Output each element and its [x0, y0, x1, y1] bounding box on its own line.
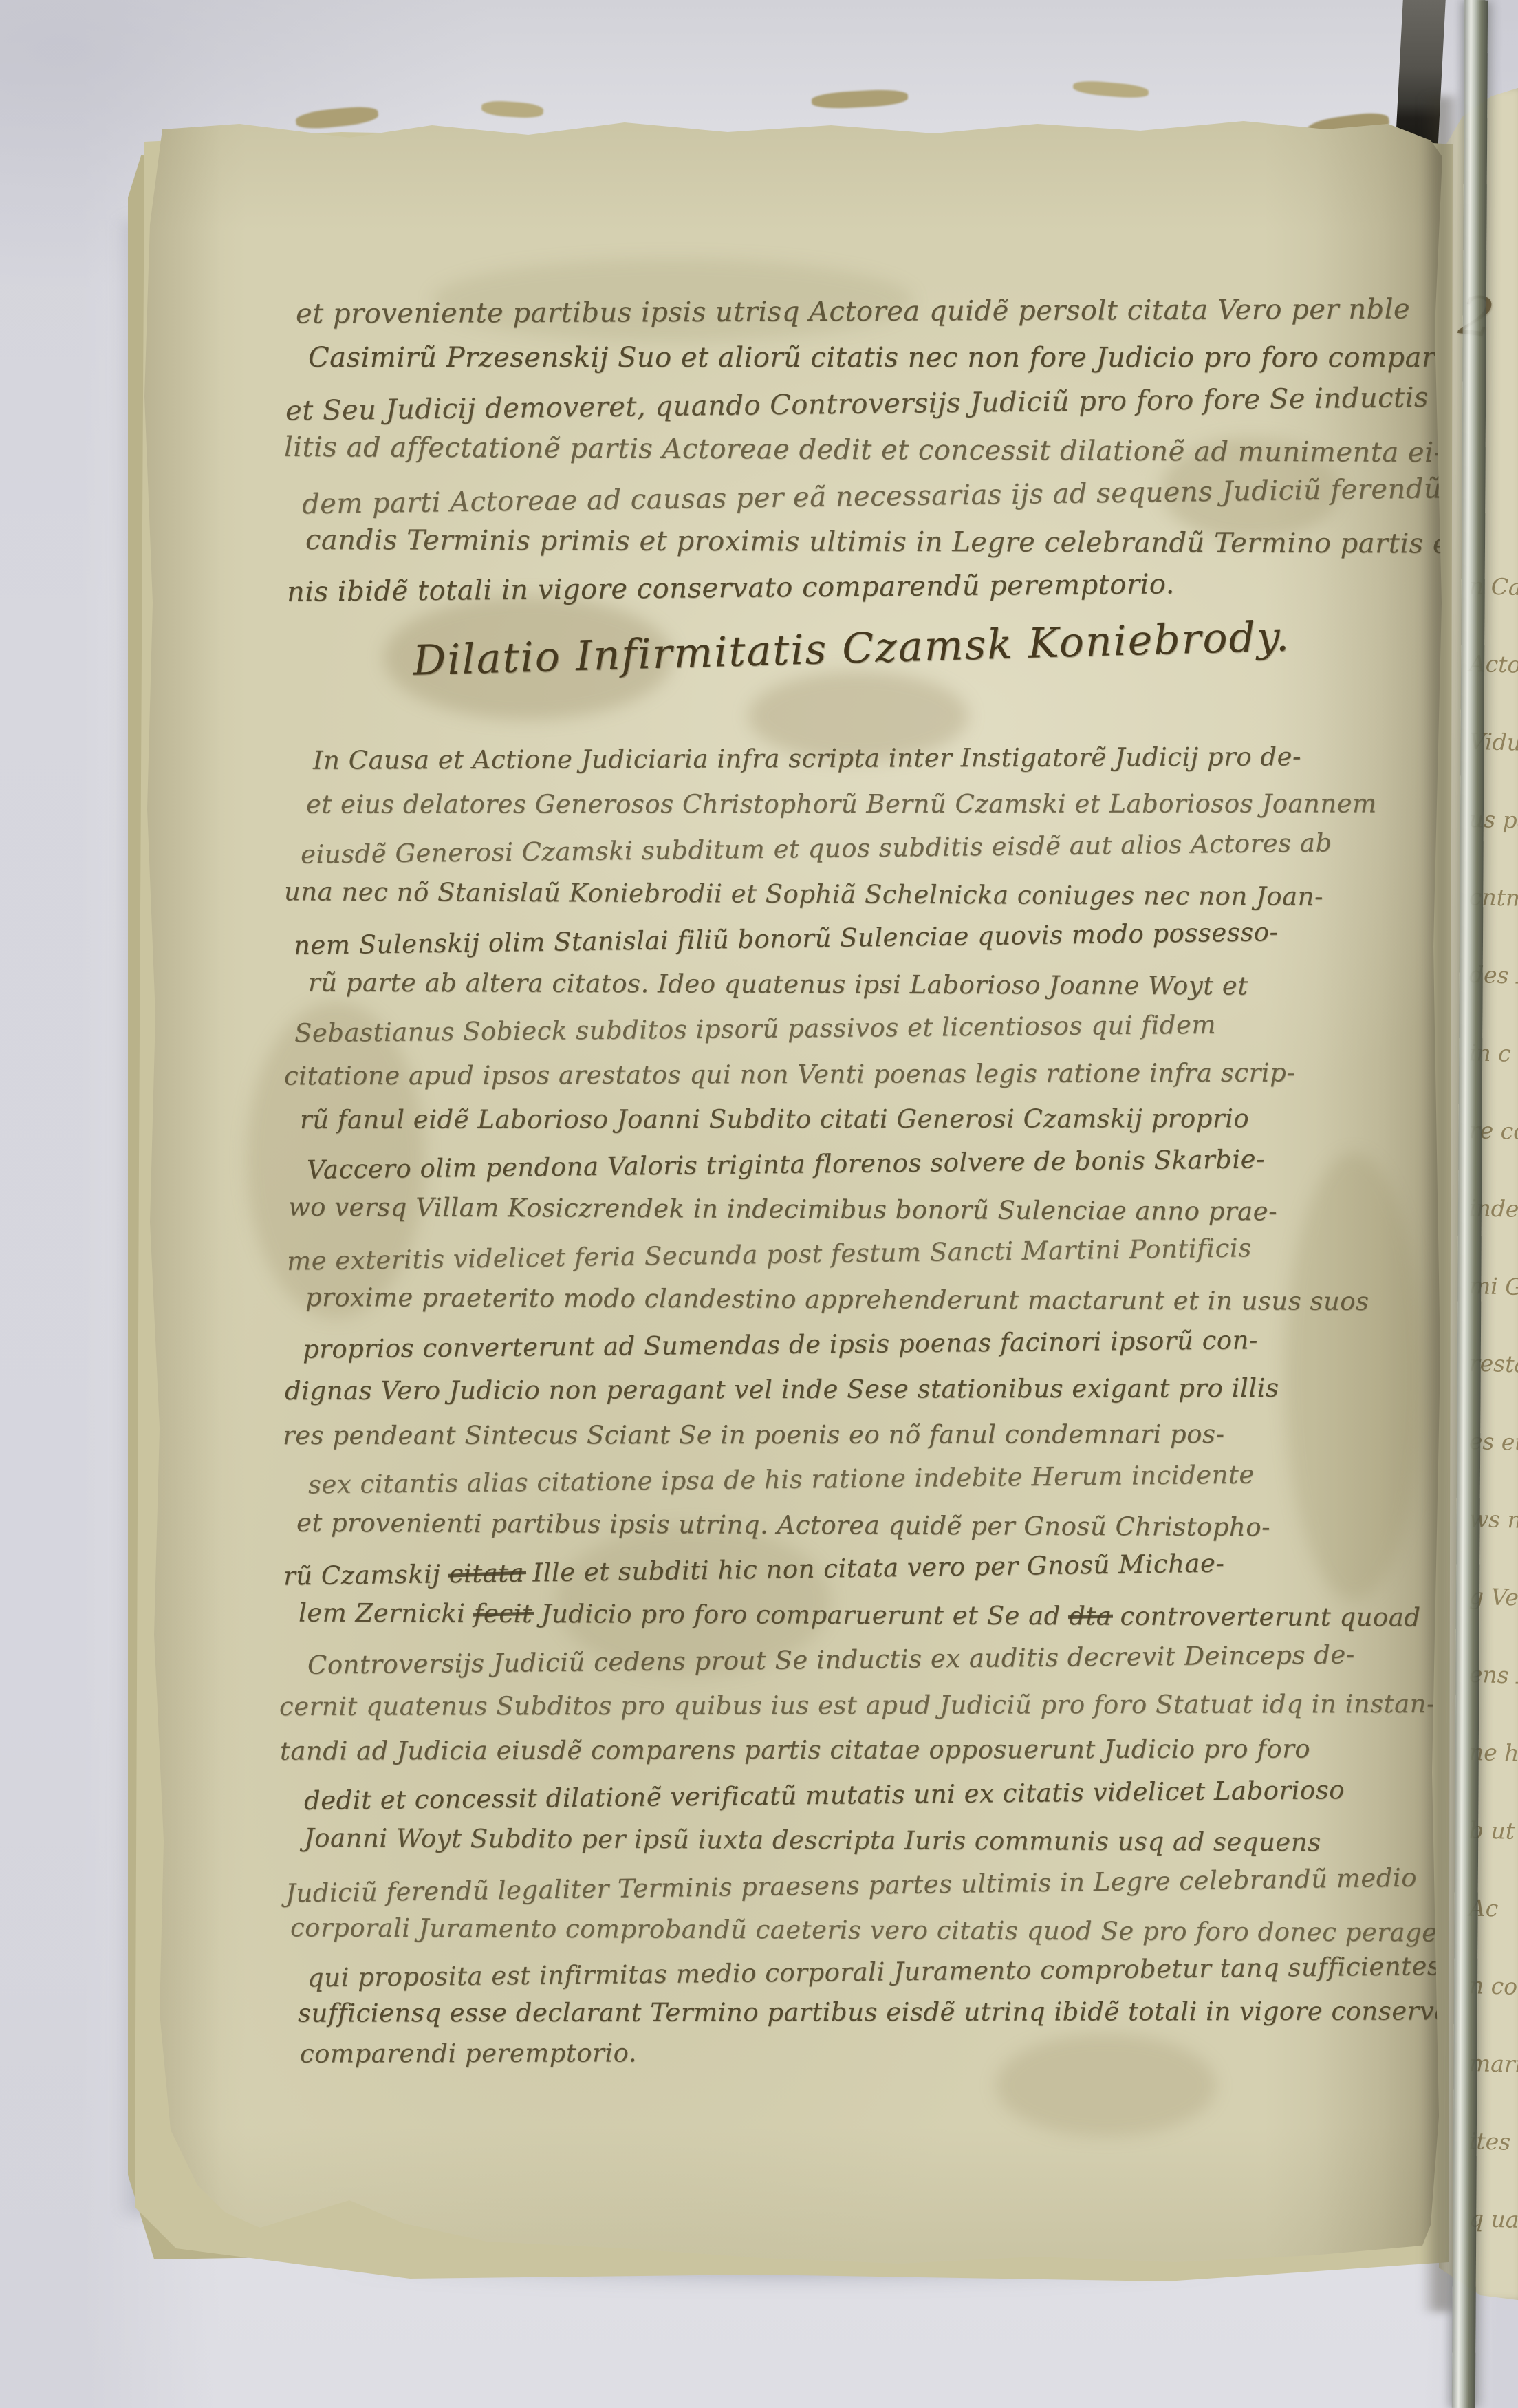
manuscript-line: Controversijs Judiciũ cedens prout Se in…	[307, 1640, 1355, 1679]
manuscript-line: nis ibidẽ totali in vigore conservato co…	[287, 568, 1175, 608]
manuscript-line: citatione apud ipsos arestatos qui non V…	[284, 1057, 1295, 1090]
manuscript-line: dignas Vero Judicio non peragant vel ind…	[285, 1373, 1279, 1406]
manuscript-line: rũ fanul eidẽ Laborioso Joanni Subdito c…	[300, 1104, 1249, 1135]
paper-stain	[1285, 1153, 1422, 1600]
manuscript-line: et provenienti partibus ipsis utrinq. Ac…	[296, 1507, 1270, 1541]
manuscript-line: cernit quatenus Subditos pro quibus ius …	[279, 1688, 1435, 1721]
manuscript-line: Vaccero olim pendona Valoris triginta fl…	[307, 1144, 1265, 1185]
manuscript-line: lem Zernicki fecit Judicio pro foro comp…	[299, 1598, 1421, 1632]
manuscript-photo: 2 n CaActorViduaus pacntmdes Lin cre cci…	[0, 0, 1518, 2408]
manuscript-line: corporali Juramento comprobandũ caeteris…	[290, 1913, 1463, 1947]
manuscript-line: et Seu Judicij demoveret, quando Controv…	[285, 381, 1500, 427]
manuscript-line: Sebastianus Sobieck subditos ipsorũ pass…	[294, 1010, 1216, 1048]
manuscript-line: In Causa et Actione Judiciaria infra scr…	[313, 742, 1301, 775]
struck-word: dta	[1069, 1601, 1112, 1631]
manuscript-line: me exteritis videlicet feria Secunda pos…	[287, 1233, 1252, 1276]
manuscript-line: sufficiensq esse declarant Termino parti…	[298, 1996, 1476, 2028]
manuscript-line: et proveniente partibus ipsis utrisq Act…	[296, 293, 1410, 330]
manuscript-line: dedit et concessit dilationẽ verificatũ …	[304, 1775, 1345, 1816]
manuscript-line: comparendi peremptorio.	[300, 2038, 637, 2068]
manuscript-line: dem parti Actoreae ad causas per eã nece…	[302, 472, 1518, 520]
manuscript-line: proprios converterunt ad Sumendas de ips…	[303, 1325, 1258, 1364]
manuscript-line: sex citantis alias citatione ipsa de his…	[308, 1460, 1255, 1500]
paper-stain	[996, 2034, 1216, 2137]
manuscript-line: Joanni Woyt Subdito per ipsũ iuxta descr…	[304, 1823, 1321, 1857]
manuscript-line: res pendeant Sintecus Sciant Se in poeni…	[283, 1419, 1225, 1450]
manuscript-page: Dilatio Infirmitatis Czamsk Koniebrody. …	[143, 121, 1446, 2271]
manuscript-line: qui proposita est infirmitas medio corpo…	[307, 1950, 1518, 1992]
manuscript-line: Casimirũ Przesenskij Suo et aliorũ citat…	[308, 342, 1466, 374]
gutter-shadow	[1421, 96, 1457, 2312]
manuscript-line: nem Sulenskij olim Stanislai filiũ bonor…	[294, 917, 1279, 960]
manuscript-line: rũ parte ab altera citatos. Ideo quatenu…	[308, 967, 1248, 1000]
manuscript-line: proxime praeterito modo clandestino appr…	[305, 1282, 1369, 1316]
struck-word: fecit	[474, 1598, 533, 1628]
manuscript-line: tandi ad Judicia eiusdẽ comparens partis…	[280, 1734, 1310, 1765]
manuscript-line: una nec nõ Stanislaũ Koniebrodii et Soph…	[284, 877, 1323, 911]
manuscript-line: candis Terminis primis et proximis ultim…	[305, 524, 1518, 560]
manuscript-line: et eius delatores Generosos Christophorũ…	[306, 788, 1377, 819]
manuscript-line: litis ad affectationẽ partis Actoreae de…	[284, 431, 1444, 469]
struck-word: citata	[448, 1558, 524, 1589]
manuscript-line: eiusdẽ Generosi Czamski subditum et quos…	[301, 828, 1332, 869]
manuscript-line: Judiciũ ferendũ legaliter Terminis praes…	[285, 1862, 1417, 1908]
manuscript-line: wo versq Villam Kosiczrendek in indecimi…	[288, 1192, 1277, 1227]
